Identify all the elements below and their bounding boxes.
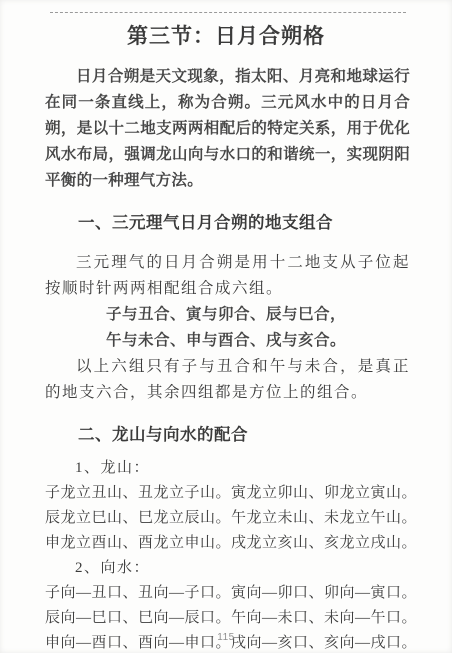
section-heading-1: 一、三元理气日月合朔的地支组合 — [45, 210, 410, 236]
water-line: 辰向—巳口、巳向—辰口。午向—未口、未向—午口。 — [45, 606, 410, 631]
dragon-line: 辰龙立巳山、巳龙立辰山。午龙立未山、未龙立午山。 — [45, 506, 410, 531]
section1-paragraph-2: 以上六组只有子与丑合和午与未合，是真正的地支六合，其余四组都是方位上的组合。 — [45, 354, 410, 406]
water-line: 子向—丑口、丑向—子口。寅向—卯口、卯向—寅口。 — [45, 581, 410, 606]
dragon-mountain-label: 1、龙山： — [45, 456, 410, 481]
section-heading-2: 二、龙山与向水的配合 — [45, 422, 410, 448]
combo-line-2: 午与未合、申与酉合、戌与亥合。 — [0, 328, 452, 354]
combo-line-1: 子与丑合、寅与卯合、辰与巳合， — [0, 302, 452, 328]
page-number: 115 — [0, 632, 452, 643]
facing-water-label: 2、向水： — [45, 556, 410, 581]
header-rule — [50, 12, 406, 13]
book-page: 第三节：日月合朔格 日月合朔是天文现象，指太阳、月亮和地球运行在同一条直线上，称… — [0, 0, 452, 653]
page-title: 第三节：日月合朔格 — [0, 20, 452, 50]
dragon-line: 子龙立丑山、丑龙立子山。寅龙立卯山、卯龙立寅山。 — [45, 481, 410, 506]
section1-paragraph-1: 三元理气的日月合朔是用十二地支从子位起按顺时针两两相配组合成六组。 — [45, 250, 410, 302]
pairing-block: 1、龙山： 子龙立丑山、丑龙立子山。寅龙立卯山、卯龙立寅山。 辰龙立巳山、巳龙立… — [45, 456, 410, 653]
dragon-line: 申龙立酉山、酉龙立申山。戌龙立亥山、亥龙立戌山。 — [45, 531, 410, 556]
intro-paragraph: 日月合朔是天文现象，指太阳、月亮和地球运行在同一条直线上，称为合朔。三元风水中的… — [45, 64, 410, 194]
